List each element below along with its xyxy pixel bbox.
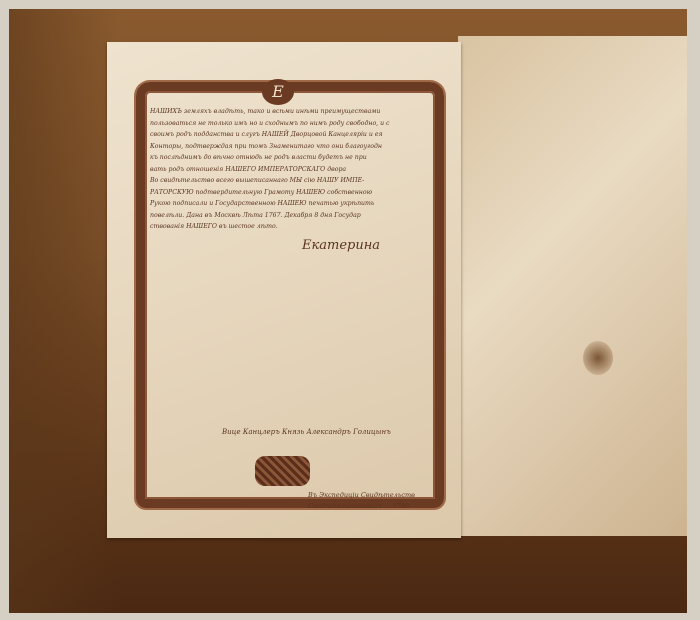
text-line: вать родъ отношенія НАШЕГО ИМПЕРАТОРСКАГ…: [150, 164, 420, 176]
text-line: ствованія НАШЕГО въ шестое лѣто.: [150, 221, 420, 233]
text-line: повелѣли. Дана въ Москвѣ Лѣта 1767. Дека…: [150, 210, 420, 222]
text-line: РАТОРСКУЮ подтвердительную Грамоту НАШЕЮ…: [150, 187, 420, 199]
note-line: Въ Экспедиціи Свидѣтельств: [308, 490, 415, 501]
text-line: НАШИХЪ земляхъ владѣть, тако и всѣми инѣ…: [150, 106, 420, 118]
right-blank-page: [458, 36, 687, 536]
text-line: Рукою подписали и Государственною НАШЕЮ …: [150, 198, 420, 210]
frame-cartouche: [255, 456, 310, 486]
imperial-signature: Екатерина: [302, 238, 380, 253]
text-line: своимъ родъ подданства и слугъ НАШЕЙ Дво…: [150, 129, 420, 141]
text-line: къ послѣднимъ до вѣчно отнюдь не родъ вл…: [150, 152, 420, 164]
text-line: Конторы, подтверждая при томъ Знаменитаг…: [150, 141, 420, 153]
note-line: Свидѣтельствовалъ ... 1790: [308, 501, 415, 512]
charter-text: НАШИХЪ земляхъ владѣть, тако и всѣми инѣ…: [150, 106, 420, 233]
countersignature: Вице Канцлеръ Князь Александръ Голицынъ: [222, 428, 391, 436]
imperial-monogram: Е: [262, 79, 294, 105]
text-line: пользоваться не только имъ но и сходнымъ…: [150, 118, 420, 130]
text-line: Во свидѣтельство всего вышеписаннаго МЫ …: [150, 175, 420, 187]
water-stain: [583, 341, 613, 375]
registration-note: Въ Экспедиціи Свидѣтельств Свидѣтельство…: [308, 490, 415, 512]
